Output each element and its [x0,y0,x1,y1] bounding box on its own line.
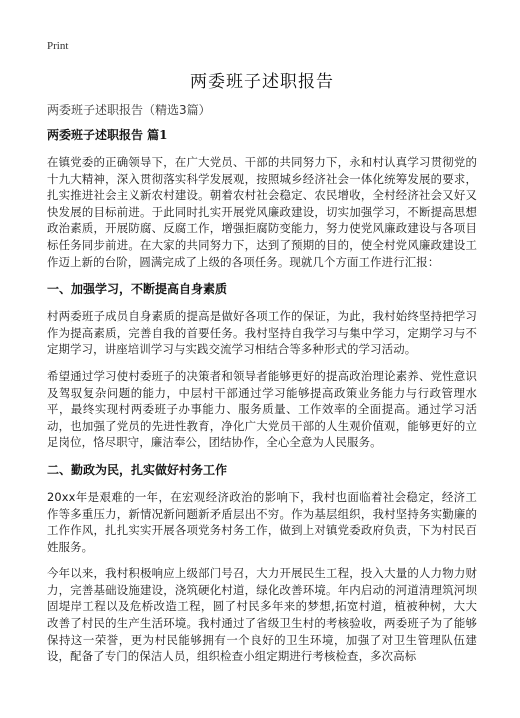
article-heading: 两委班子述职报告 篇1 [47,126,477,143]
print-label: Print [47,40,68,52]
document-subtitle: 两委班子述职报告（精选3篇） [47,101,211,118]
section-heading-2: 二、勤政为民，扎实做好村务工作 [47,461,477,478]
intro-paragraph: 在镇党委的正确领导下，在广大党员、干部的共同努力下，永和村认真学习贯彻党的十九大… [47,154,477,270]
section-2-paragraph-1: 20xx年是艰难的一年，在宏观经济政治的影响下，我村也面临着社会稳定，经济工作等… [47,489,477,555]
document-title: 两委班子述职报告 [47,67,477,92]
section-heading-1: 一、加强学习，不断提高自身素质 [47,280,477,297]
section-1-paragraph-2: 希望通过学习使村委班子的决策者和领导者能够更好的提高政治理论素养、党性意识及驾驭… [47,368,477,451]
section-1-paragraph-1: 村两委班子成员自身素质的提高是做好各项工作的保证，为此，我村始终坚持把学习作为提… [47,308,477,358]
article-body: 两委班子述职报告 篇1 在镇党委的正确领导下，在广大党员、干部的共同努力下，永和… [47,126,477,675]
section-2-paragraph-2: 今年以来，我村积极响应上级部门号召，大力开展民生工程，投入大量的人力物力财力，完… [47,565,477,665]
